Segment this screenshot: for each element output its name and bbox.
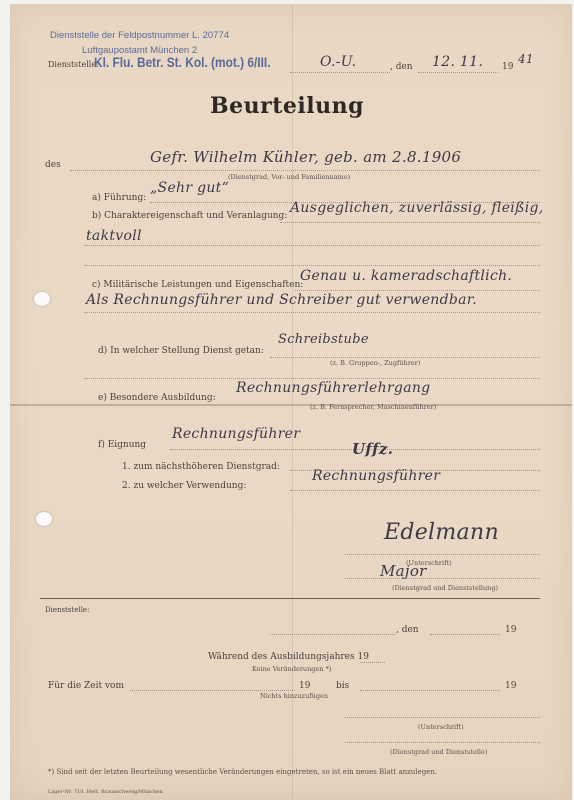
- period-from-line: [130, 690, 295, 691]
- field-b-label: b) Charaktereigenschaft und Veranlagung:: [92, 211, 287, 221]
- field-b-line-2: [84, 245, 540, 246]
- lower-den-label: , den: [396, 625, 419, 635]
- period-label: Für die Zeit vom: [48, 681, 124, 691]
- field-d-value: Schreibstube: [278, 332, 369, 347]
- dienststelle-label: Dienststelle:: [48, 60, 99, 69]
- field-f-item2-label: 2. zu welcher Verwendung:: [122, 481, 246, 491]
- field-b-value: Ausgeglichen, zuverlässig, fleißig,: [290, 200, 544, 216]
- field-d-line: [270, 357, 540, 358]
- field-c-value: Genau u. kameradschaftlich.: [300, 268, 512, 284]
- period-year-1: 19: [299, 681, 310, 691]
- lower-rank-caption: (Dienstgrad und Dienststelle): [390, 748, 487, 756]
- field-b-line-1: [280, 222, 540, 223]
- year-prefix: 19: [502, 62, 513, 72]
- field-e-value: Rechnungsführerlehrgang: [236, 380, 430, 396]
- signature-line: [345, 554, 540, 555]
- field-e-label: e) Besondere Ausbildung:: [98, 393, 216, 403]
- field-f-item2-line: [290, 490, 540, 491]
- year-value: 41: [518, 52, 534, 66]
- lower-place-line: [270, 634, 395, 635]
- fold-crease-vertical: [292, 4, 293, 800]
- date-value: 12. 11.: [432, 54, 483, 70]
- field-a-label: a) Führung:: [92, 193, 146, 203]
- section-divider: [40, 598, 540, 599]
- printer-imprint: Lager-Nr. 710. Heft, Braunschweig/Münche…: [48, 789, 163, 795]
- punch-hole-upper: [34, 292, 50, 306]
- page-title: Beurteilung: [0, 93, 574, 119]
- field-b-line-3: [84, 265, 540, 266]
- footnote: *) Sind seit der letzten Beurteilung wes…: [48, 768, 437, 776]
- field-d-line-2: [84, 378, 540, 379]
- place-line: [290, 72, 390, 73]
- den-label: , den: [390, 62, 413, 72]
- place-value: O.-U.: [320, 54, 356, 70]
- field-c-line-1: [295, 290, 540, 291]
- signature-name: Edelmann: [384, 520, 499, 545]
- period-to-line: [360, 690, 500, 691]
- fold-crease-horizontal: [10, 404, 572, 406]
- training-year-label: Während des Ausbildungsjahres 19: [208, 652, 369, 662]
- field-c-value-2: Als Rechnungsführer und Schreiber gut ve…: [86, 292, 477, 308]
- stamp-unit: Kl. Flu. Betr. St. Kol. (mot.) 6/III.: [94, 54, 271, 70]
- field-d-label: d) In welcher Stellung Dienst getan:: [98, 346, 264, 356]
- field-c-label: c) Militärische Leistungen und Eigenscha…: [92, 280, 303, 290]
- lower-dienststelle-label: Dienststelle:: [45, 606, 89, 614]
- field-a-value: „Sehr gut“: [150, 180, 229, 196]
- field-f-value: Rechnungsführer: [172, 426, 300, 442]
- punch-hole-lower: [36, 512, 52, 526]
- field-e-caption: (z. B. Fernsprecher, Maschinenführer): [310, 403, 436, 411]
- date-line: [418, 72, 498, 73]
- training-year-line: [360, 662, 385, 663]
- stamp-line-1: Dienststelle der Feldpostnummer L. 20774: [50, 30, 229, 41]
- field-d-caption: (z. B. Gruppen-, Zugführer): [330, 359, 420, 367]
- lower-date-line: [430, 634, 500, 635]
- no-changes-label: Keine Veränderungen *): [252, 665, 331, 673]
- field-c-line-2: [84, 312, 540, 313]
- des-label: des: [45, 160, 61, 170]
- rank-caption: (Dienstgrad und Dienststellung): [392, 584, 498, 592]
- bis-label: bis: [336, 681, 349, 691]
- person-caption: (Dienstgrad, Vor- und Familienname): [228, 173, 350, 181]
- field-b-value-2: taktvoll: [86, 228, 142, 244]
- field-f-item2-value: Rechnungsführer: [312, 468, 440, 484]
- person-line: [70, 170, 540, 171]
- lower-rank-line: [345, 742, 540, 743]
- lower-signature-caption: (Unterschrift): [418, 723, 464, 731]
- person-value: Gefr. Wilhelm Kühler, geb. am 2.8.1906: [150, 148, 461, 166]
- lower-year-prefix: 19: [505, 625, 516, 635]
- field-f-item1-label: 1. zum nächsthöheren Dienstgrad:: [122, 462, 280, 472]
- nothing-to-add-label: Nichts hinzuzufügen: [260, 692, 328, 700]
- field-f-label: f) Eignung: [98, 440, 146, 450]
- field-f-item1-value: Uffz.: [352, 440, 393, 458]
- period-year-2: 19: [505, 681, 516, 691]
- lower-signature-line: [345, 717, 540, 718]
- rank-line: [345, 578, 540, 579]
